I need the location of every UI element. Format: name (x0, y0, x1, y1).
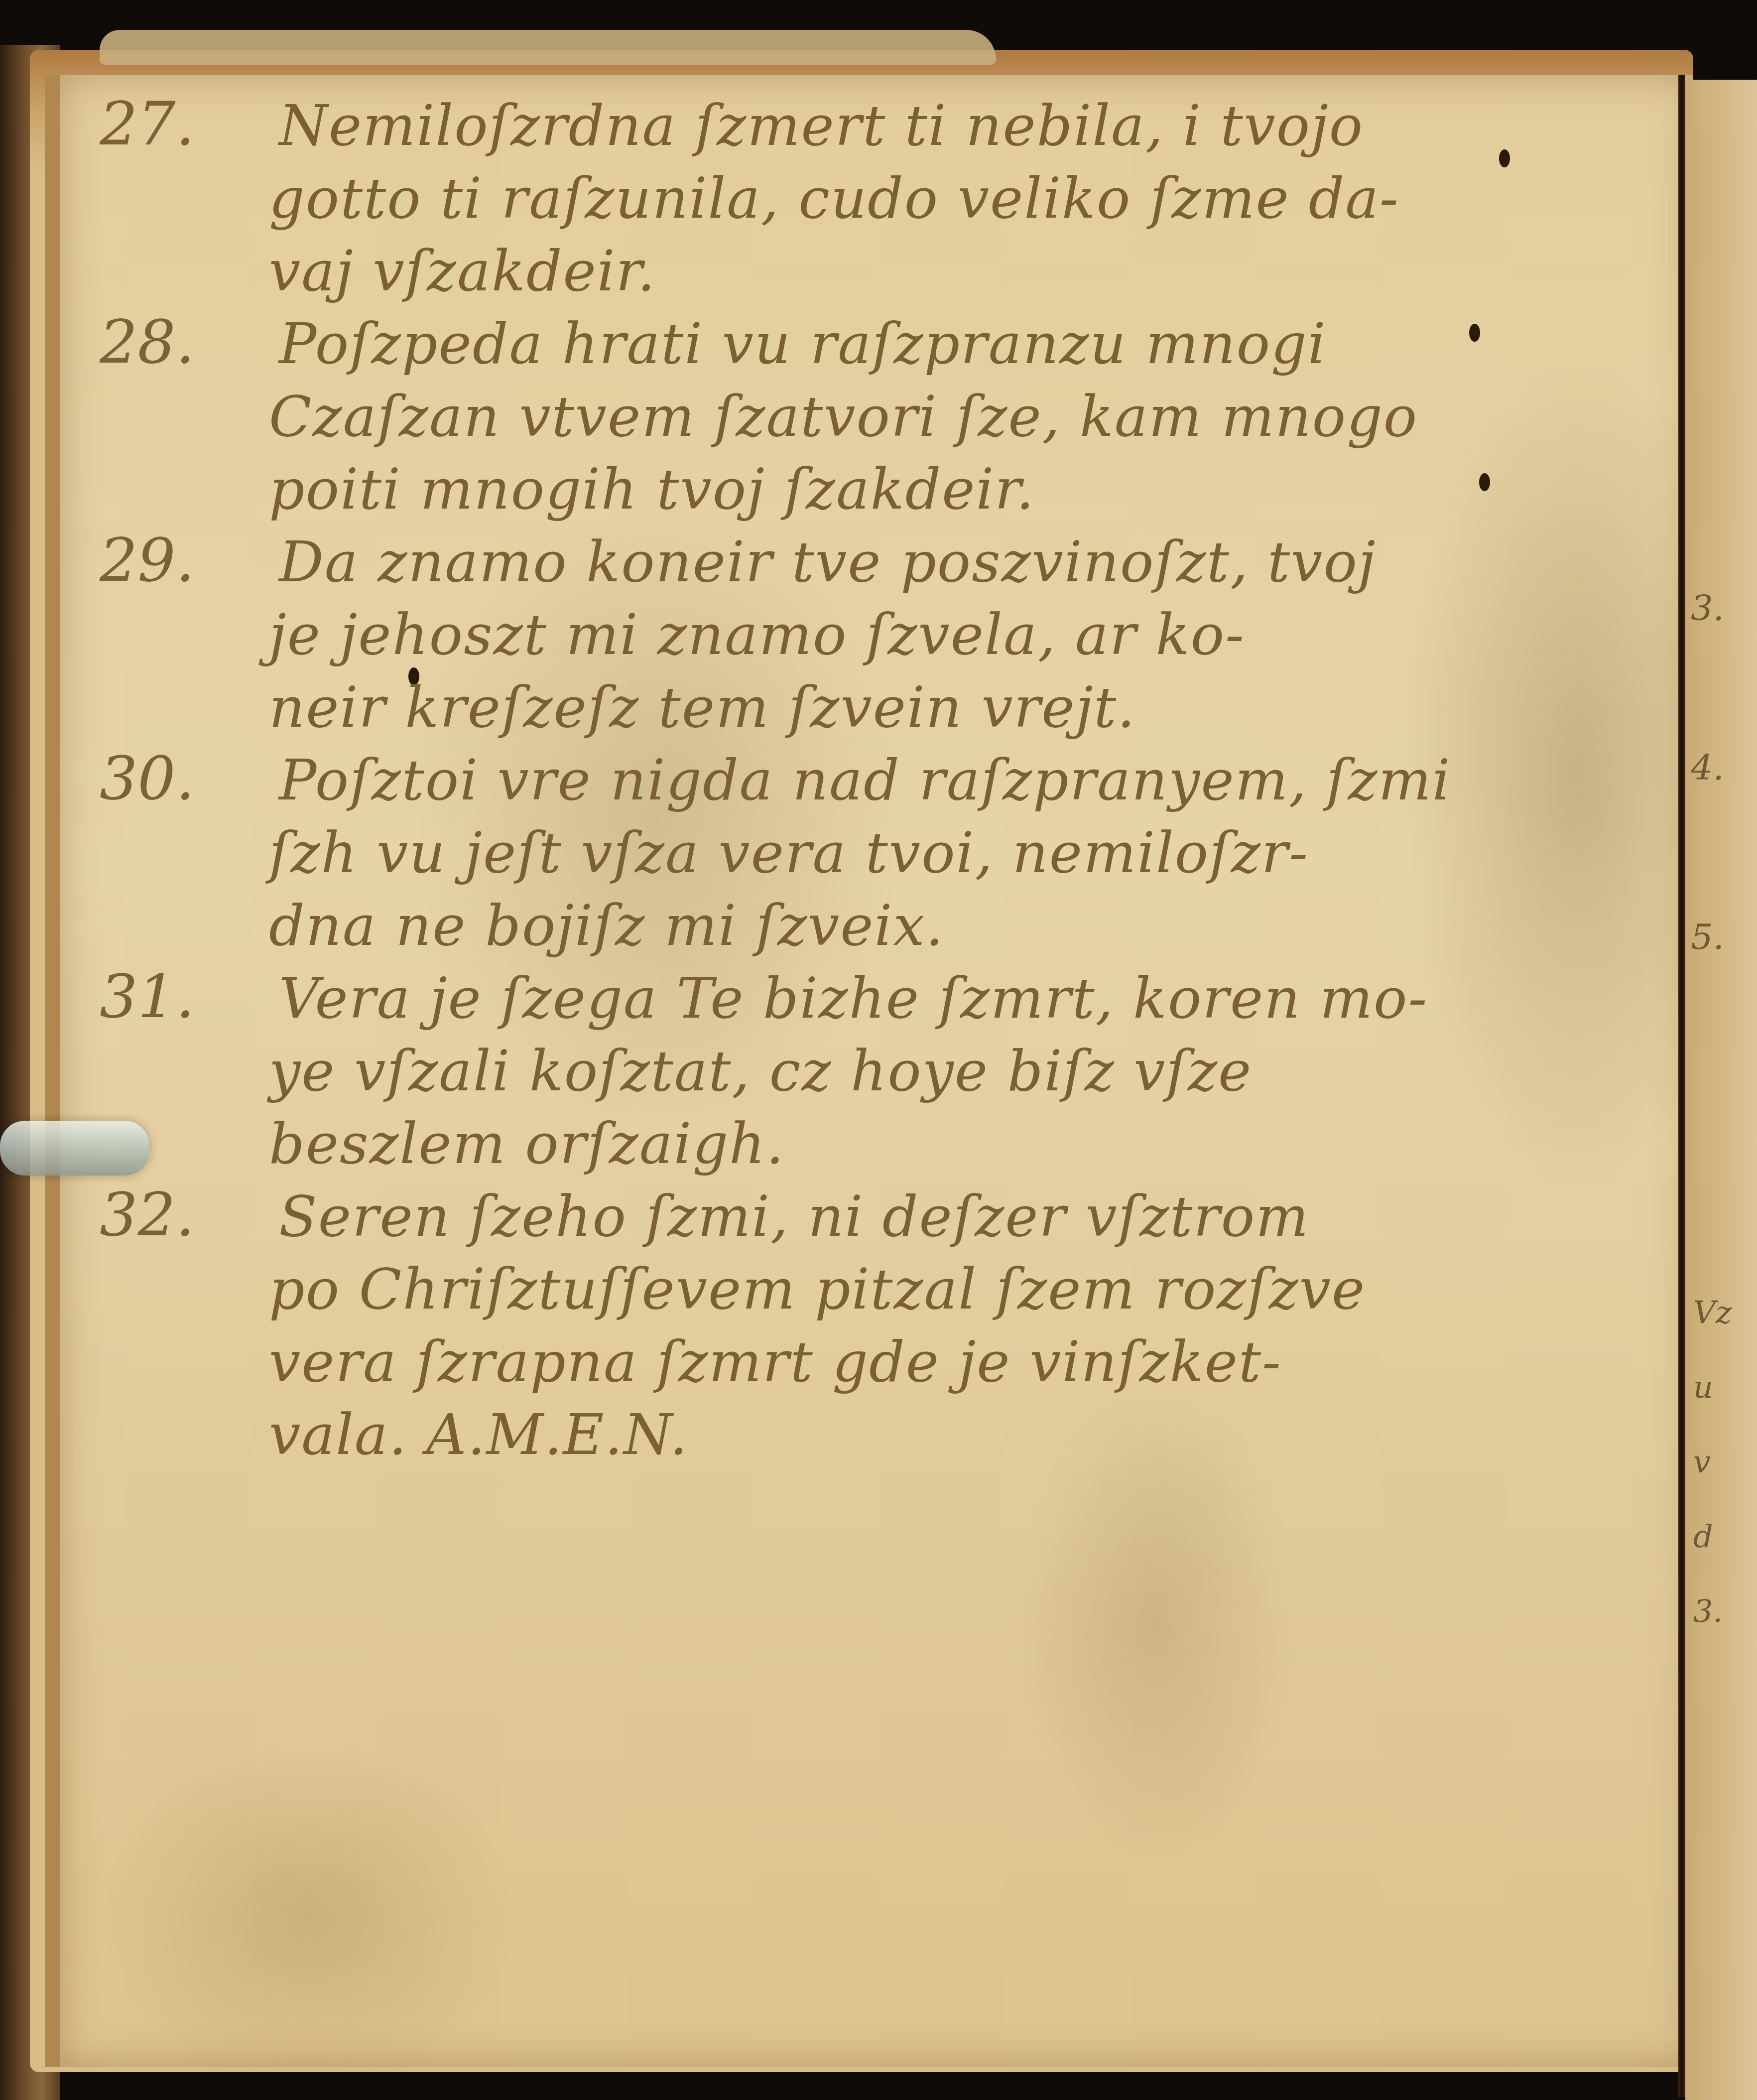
margin-fragment: Vz (1693, 1275, 1753, 1350)
margin-number: 3. (1691, 588, 1724, 629)
verse-line: neir kreſzeſz tem ſzvein vrejt. (269, 671, 1668, 744)
adjacent-page (1685, 80, 1757, 2100)
verse-line: vala. A.M.E.N. (269, 1399, 1668, 1471)
verse-line: Poſzpeda hrati vu raſzpranzu mnogi (279, 308, 1668, 381)
verse-number: 27. (100, 90, 259, 159)
torn-page-fragment (100, 30, 996, 65)
margin-fragment: v (1693, 1425, 1753, 1499)
verse-line: Nemiloſzrdna ſzmert ti nebila, i tvojo (279, 90, 1668, 162)
verse-line: poiti mnogih tvoj ſzakdeir. (269, 453, 1668, 526)
verse-line: Czaſzan vtvem ſzatvori ſze, kam mnogo (269, 381, 1668, 453)
verse-line: dna ne bojiſz mi ſzveix. (269, 890, 1668, 962)
verse-28: 28. Poſzpeda hrati vu raſzpranzu mnogi C… (100, 308, 1668, 526)
verse-line: Da znamo koneir tve poszvinoſzt, tvoj (279, 526, 1668, 599)
verse-line: Poſztoi vre nigda nad raſzpranyem, ſzmi (279, 744, 1668, 817)
verse-line: Vera je ſzega Te bizhe ſzmrt, koren mo- (279, 962, 1668, 1035)
verse-number: 32. (100, 1181, 259, 1250)
margin-number: 4. (1691, 747, 1724, 788)
verse-line: vera ſzrapna ſzmrt gde je vinſzket- (269, 1326, 1668, 1399)
verse-32: 32. Seren ſzeho ſzmi, ni deſzer vſztrom … (100, 1181, 1668, 1471)
verse-29: 29. Da znamo koneir tve poszvinoſzt, tvo… (100, 526, 1668, 744)
margin-fragment: d (1693, 1499, 1753, 1574)
margin-fragment: 3. (1693, 1574, 1753, 1649)
adjacent-page-text: Vz u v d 3. (1693, 1275, 1753, 1649)
verse-number: 30. (100, 744, 259, 813)
verse-line: beszlem orſzaigh. (269, 1108, 1668, 1181)
verse-line: ye vſzali koſztat, cz hoye biſz vſze (269, 1035, 1668, 1108)
verse-line: ſzh vu jeſt vſza vera tvoi, nemiloſzr- (269, 817, 1668, 890)
verse-line: vaj vſzakdeir. (269, 235, 1668, 308)
verse-31: 31. Vera je ſzega Te bizhe ſzmrt, koren … (100, 962, 1668, 1181)
verse-27: 27. Nemiloſzrdna ſzmert ti nebila, i tvo… (100, 90, 1668, 308)
verse-30: 30. Poſztoi vre nigda nad raſzpranyem, ſ… (100, 744, 1668, 962)
verse-line: gotto ti raſzunila, cudo veliko ſzme da- (269, 162, 1668, 235)
verse-number: 31. (100, 962, 259, 1032)
verse-number: 28. (100, 308, 259, 377)
margin-fragment: u (1693, 1350, 1753, 1425)
verse-text-block: 27. Nemiloſzrdna ſzmert ti nebila, i tvo… (100, 90, 1668, 1471)
verse-number: 29. (100, 526, 259, 595)
verse-line: je jehoszt mi znamo ſzvela, ar ko- (269, 599, 1668, 671)
verse-line: Seren ſzeho ſzmi, ni deſzer vſztrom (279, 1181, 1668, 1253)
margin-number: 5. (1691, 917, 1724, 957)
page-gutter (1678, 75, 1685, 2097)
verse-line: po Chriſztuſſevem pitzal ſzem rozſzve (269, 1253, 1668, 1326)
